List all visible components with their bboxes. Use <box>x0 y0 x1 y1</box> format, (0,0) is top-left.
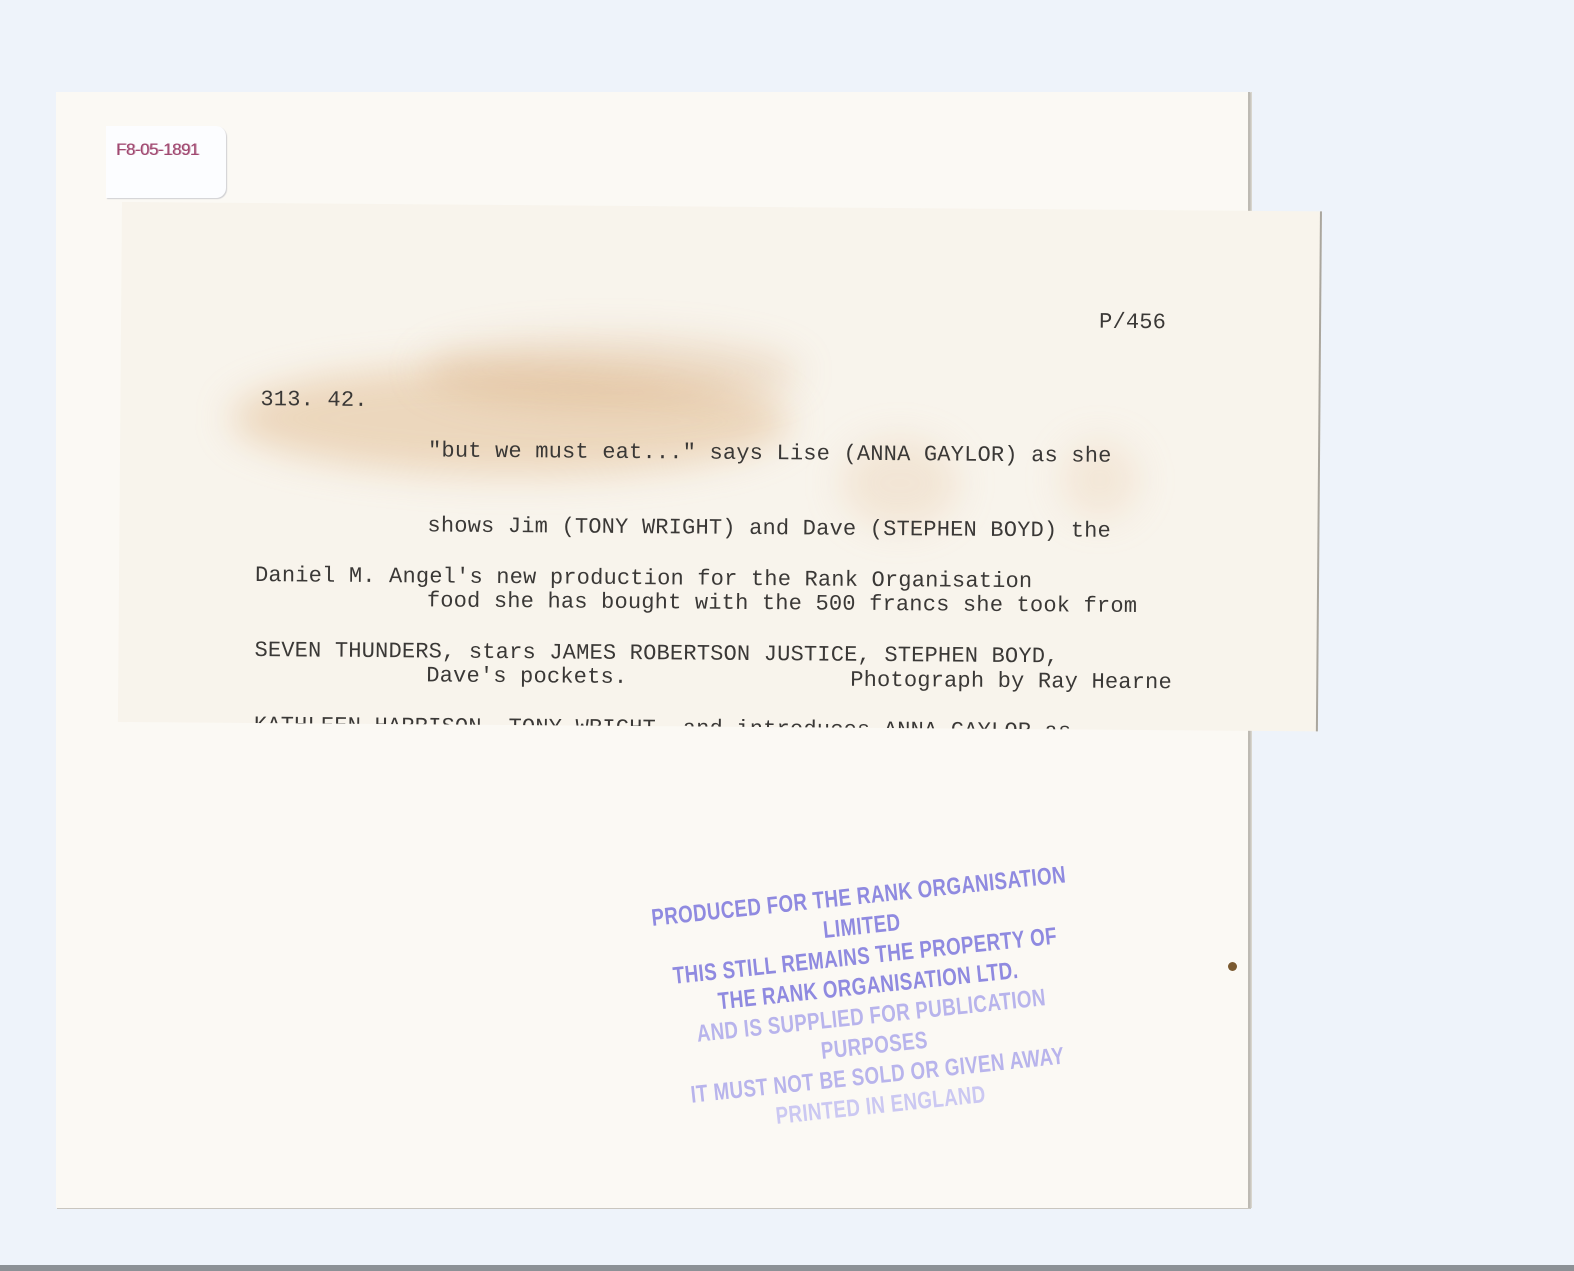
still-number: 313. 42. <box>260 387 367 413</box>
archive-label-sticker <box>106 126 226 198</box>
photo-credit: Photograph by Ray Hearne <box>850 668 1172 696</box>
production-description: Daniel M. Angel's new production for the… <box>251 513 1086 731</box>
rank-organisation-stamp: PRODUCED FOR THE RANK ORGANISATION LIMIT… <box>640 859 1099 1143</box>
ink-speck <box>1228 962 1237 971</box>
caption-line: "but we must eat..." says Lise (ANNA GAY… <box>428 438 1139 469</box>
scanner-edge <box>0 1265 1574 1271</box>
reference-number: P/456 <box>1099 310 1166 336</box>
description-line: SEVEN THUNDERS, stars JAMES ROBERTSON JU… <box>254 638 1085 670</box>
archive-label: F8-05-1891 <box>116 140 199 160</box>
description-line: Daniel M. Angel's new production for the… <box>255 563 1086 595</box>
caption-sheet: P/456 313. 42. "but we must eat..." says… <box>118 202 1322 731</box>
